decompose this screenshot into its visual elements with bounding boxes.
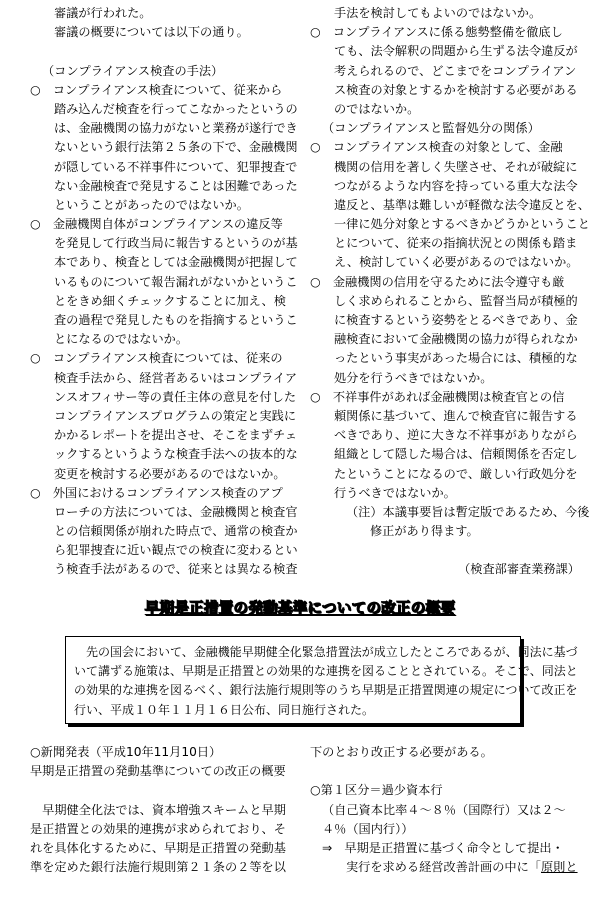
text-line: 頼関係に基づいて、進んで検査官に報告する: [310, 407, 580, 426]
underlined-text: 原則と: [541, 860, 578, 874]
text-line: たということになるので、厳しい行政処分を: [310, 465, 580, 484]
text-line: 踏み込んだ検査を行ってこなかったというの: [30, 100, 298, 119]
text-line: 検査手法から、経営者あるいはコンプライア: [30, 369, 298, 388]
text-line: う検査手法があるので、従来とは異なる検査: [30, 560, 298, 579]
text-line: ○ 金融機関の信用を守るために法令遵守も厳: [310, 273, 580, 292]
text-line: ということがあったのではないか。: [30, 196, 298, 215]
bottom-left-column: ○新聞発表（平成10年11月10日）早期是正措置の発動基準についての改正の概要 …: [30, 743, 300, 877]
text-line: との信頼関係が崩れた時点で、通常の検査か: [30, 522, 298, 541]
section-title: 早期是正措置の発動基準についての改正の概要: [100, 600, 500, 619]
text-line: が隠している不祥事件について、犯罪捜査で: [30, 158, 298, 177]
text-line: の効果的な連携を図るべく、銀行法施行規則等のうち早期是正措置関連の規定について改…: [74, 681, 512, 700]
text-line: を発見して行政当局に報告するというのが基: [30, 234, 298, 253]
text-line: 下のとおり改正する必要がある。: [310, 743, 580, 762]
left-column: 審議が行われた。審議の概要については以下の通り。（コンプライアンス検査の手法）○…: [30, 4, 298, 580]
text-line: 違反と、基準は難しいが軽微な法令違反とを、: [310, 196, 580, 215]
text-line: ○ 金融機関自体がコンプライアンスの違反等: [30, 215, 298, 234]
text-line: ら犯罪捜査に近い観点での検査に変わるとい: [30, 541, 298, 560]
text-line: べきであり、逆に大きな不祥事がありながら: [310, 426, 580, 445]
text-line: 実行を求める経営改善計画の中に「原則と: [310, 858, 580, 877]
text-line: 融検査において金融機関の協力が得られなか: [310, 330, 580, 349]
text-line: とについて、従来の指摘状況との関係も踏ま: [310, 234, 580, 253]
right-column: 手法を検討してもよいのではないか。○ コンプライアンスに係る態勢整備を徹底しても…: [310, 4, 580, 580]
text-line: 審議の概要については以下の通り。: [30, 23, 298, 42]
text-line: かかるレポートを提出させ、そこをまずチェ: [30, 426, 298, 445]
text-line: 早期健全化法では、資本増強スキームと早期: [30, 801, 300, 820]
text-line: え、検討していく必要があるのではないか。: [310, 253, 580, 272]
text-line: 査の過程で発見したものを指摘するというこ: [30, 311, 298, 330]
text-line: しく求められることから、監督当局が積極的: [310, 292, 580, 311]
text-line: 考えられるので、どこまでをコンプライアン: [310, 62, 580, 81]
text-line: ないという銀行法第２５条の下で、金融機関: [30, 138, 298, 157]
text-line: とをきめ細くチェックすることに加え、検: [30, 292, 298, 311]
bottom-right-column: 下のとおり改正する必要がある。○第１区分＝過少資本行（自己資本比率４～８％（国際…: [310, 743, 580, 877]
text-line: （自己資本比率４～８％（国際行）又は２～: [310, 801, 580, 820]
text-line: は、金融機関の協力がないと業務が遂行でき: [30, 119, 298, 138]
text-line: つながるような内容を持っている重大な法令: [310, 177, 580, 196]
text-line: ス検査の対象とするかを検討する必要がある: [310, 81, 580, 100]
text-line: [30, 42, 298, 61]
text-line: ○ 不祥事件があれば金融機関は検査官との信: [310, 388, 580, 407]
text-line: 本であり、検査としては金融機関が把握して: [30, 253, 298, 272]
text-line: ○ コンプライアンス検査の対象として、金融: [310, 138, 580, 157]
text-line: [30, 781, 300, 800]
text-line: 処分を行うべきではないか。: [310, 369, 580, 388]
text-line: 準を定めた銀行法施行規則第２１条の２等を以: [30, 858, 300, 877]
text-line: ローチの方法については、金融機関と検査官: [30, 503, 298, 522]
text-line: 行い、平成１０年１１月１６日公布、同日施行された。: [74, 701, 512, 720]
text-line: 一律に処分対象とするべきかどうかということ: [310, 215, 580, 234]
text-line: ックするというような検査手法への抜本的な: [30, 445, 298, 464]
text-line: ○新聞発表（平成10年11月10日）: [30, 743, 300, 762]
text-line: ったという事実があった場合には、積極的な: [310, 349, 580, 368]
text-line: ○第１区分＝過少資本行: [310, 781, 580, 800]
text-line: 変更を検討する必要があるのではないか。: [30, 465, 298, 484]
text-line: ンスオフィサー等の責任主体の意見を付した: [30, 388, 298, 407]
text-line: ４％（国内行））: [310, 820, 580, 839]
text-line: とになるのではないか。: [30, 330, 298, 349]
text-line: [310, 762, 580, 781]
text-line: 手法を検討してもよいのではないか。: [310, 4, 580, 23]
text-line: ○ コンプライアンス検査については、従来の: [30, 349, 298, 368]
text-line: （注）本議事要旨は暫定版であるため、今後: [310, 503, 580, 522]
text-line: れを具体化するために、早期是正措置の発動基: [30, 839, 300, 858]
text-line: 行うべきではないか。: [310, 484, 580, 503]
text-line: （コンプライアンス検査の手法）: [30, 62, 298, 81]
text-line: 組織として隠した場合は、信頼関係を否定し: [310, 445, 580, 464]
text-line: 機関の信用を著しく失墜させ、それが破綻に: [310, 158, 580, 177]
text-line: のではないか。: [310, 100, 580, 119]
text-line: ない金融検査で発見することは困難であった: [30, 177, 298, 196]
text-line: ○ コンプライアンスに係る態勢整備を徹底し: [310, 23, 580, 42]
summary-box: 先の国会において、金融機能早期健全化緊急措置法が成立したところであるが、同法に基…: [65, 636, 521, 724]
text-line: 早期是正措置の発動基準についての改正の概要: [30, 762, 300, 781]
text-line: [310, 541, 580, 560]
text-line: 先の国会において、金融機能早期健全化緊急措置法が成立したところであるが、同法に基…: [74, 643, 512, 662]
text-line: 修正があり得ます。: [310, 522, 580, 541]
text-line: ても、法令解釈の問題から生ずる法令違反が: [310, 42, 580, 61]
text-line: 審議が行われた。: [30, 4, 298, 23]
text-line: 是正措置との効果的連携が求められており、そ: [30, 820, 300, 839]
text-line: ⇒ 早期是正措置に基づく命令として提出・: [310, 839, 580, 858]
text-line: （検査部審査業務課）: [310, 560, 580, 579]
text-line: いて講ずる施策は、早期是正措置との効果的な連携を図ることとされている。そこで、同…: [74, 662, 512, 681]
text-line: （コンプライアンスと監督処分の関係）: [310, 119, 580, 138]
text-line: ○ コンプライアンス検査について、従来から: [30, 81, 298, 100]
text-line: ○ 外国におけるコンプライアンス検査のアプ: [30, 484, 298, 503]
text-line: に検査するという姿勢をとるべきであり、金: [310, 311, 580, 330]
text-line: コンプライアンスプログラムの策定と実践に: [30, 407, 298, 426]
text-line: いるものについて報告漏れがないかというこ: [30, 273, 298, 292]
